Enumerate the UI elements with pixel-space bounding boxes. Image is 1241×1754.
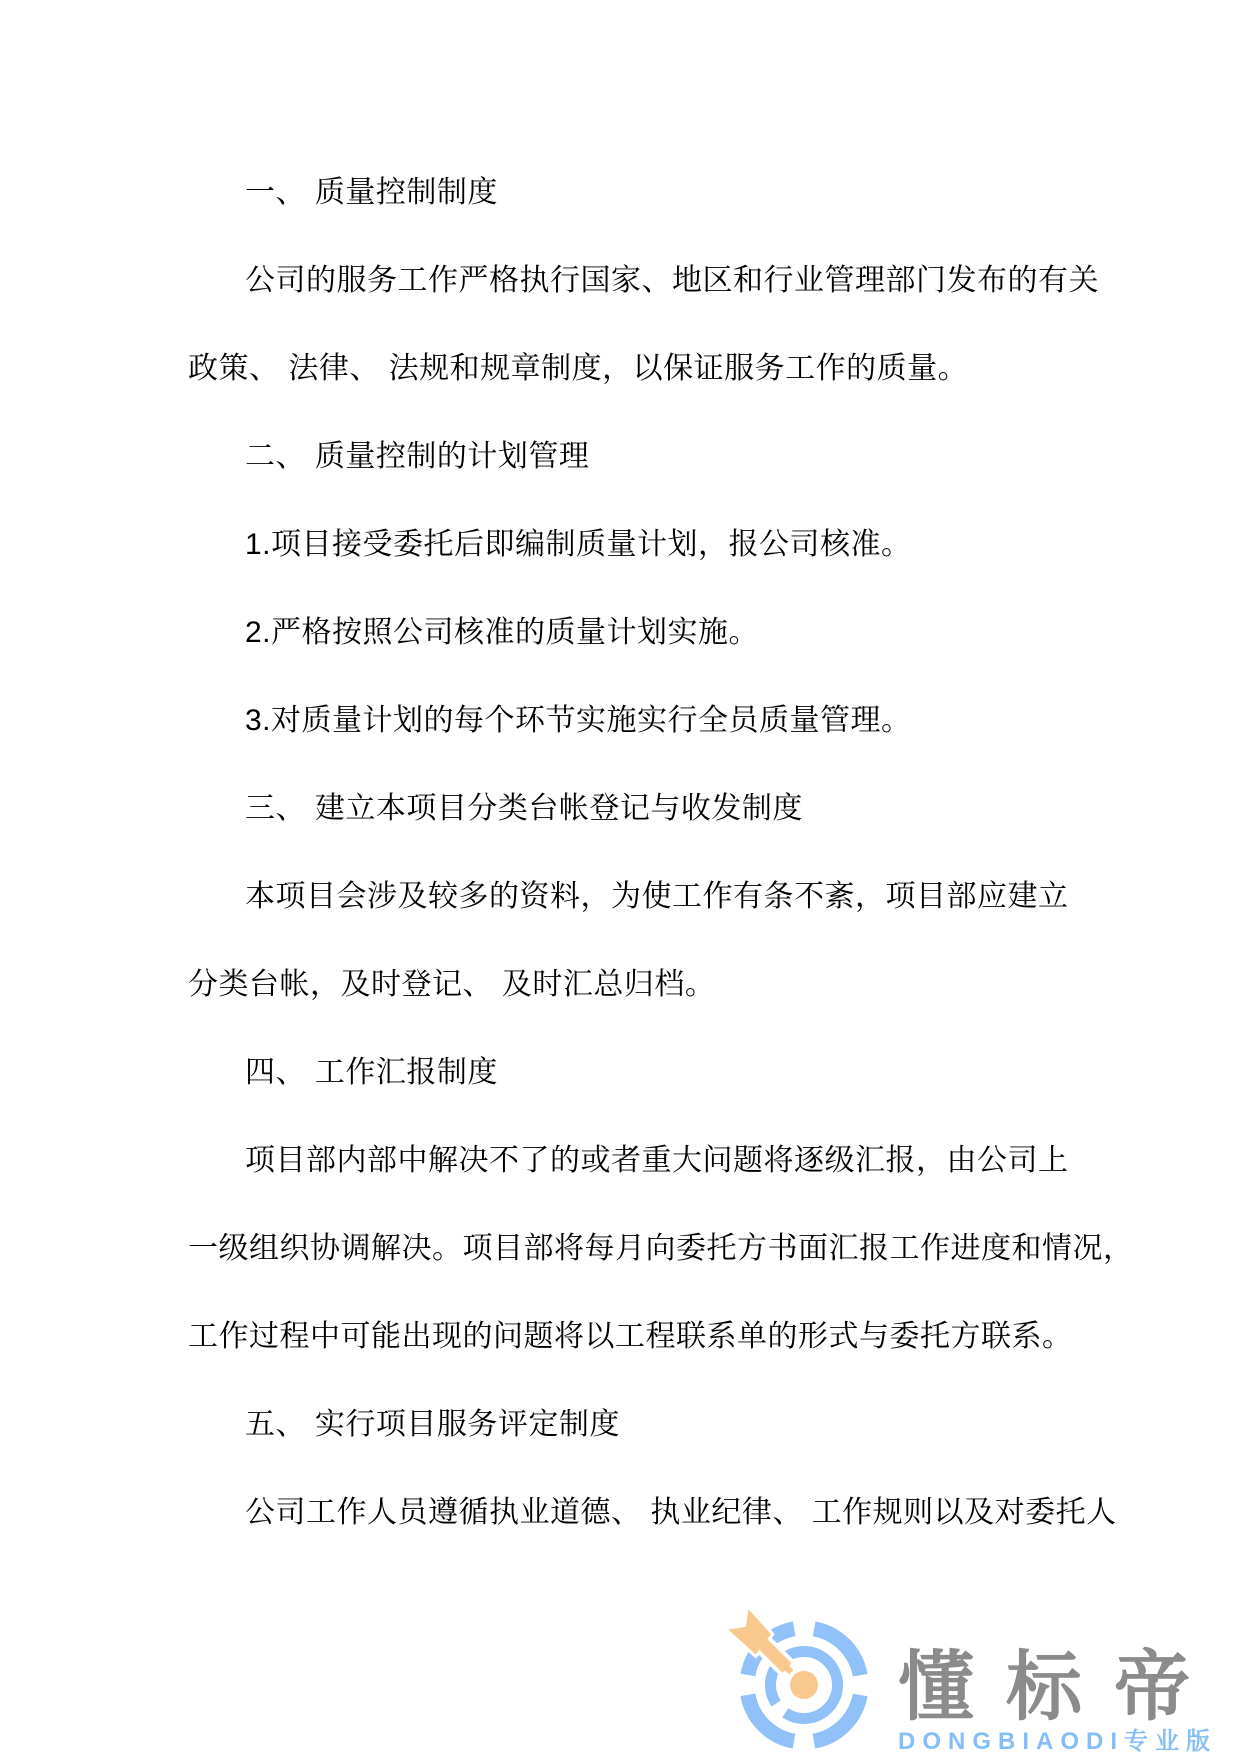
watermark-brand-cn: 懂标帝 [898,1649,1222,1727]
text-line: 三、 建立本项目分类台帐登记与收发制度 [188,765,1198,853]
text-line: 工作过程中可能出现的问题将以工程联系单的形式与委托方联系。 [188,1293,1198,1381]
watermark-text: 懂标帝 DONGBIAODI专业版 [898,1603,1222,1754]
text-line: 一级组织协调解决。项目部将每月向委托方书面汇报工作进度和情况， [188,1205,1198,1293]
text-line: 四、 工作汇报制度 [188,1029,1198,1117]
document-page: 一、 质量控制制度 公司的服务工作严格执行国家、地区和行业管理部门发布的有关 政… [0,0,1241,1754]
text-line: 3.对质量计划的每个环节实施实行全员质量管理。 [188,677,1198,765]
text-line: 本项目会涉及较多的资料，为使工作有条不紊，项目部应建立 [188,853,1198,941]
dart-target-icon [722,1603,872,1753]
text-line: 二、 质量控制的计划管理 [188,413,1198,501]
text-line: 公司工作人员遵循执业道德、 执业纪律、 工作规则以及对委托人 [188,1469,1198,1557]
text-line: 1.项目接受委托后即编制质量计划，报公司核准。 [188,501,1198,589]
text-line: 政策、 法律、 法规和规章制度，以保证服务工作的质量。 [188,325,1198,413]
watermark: 懂标帝 DONGBIAODI专业版 [722,1603,1222,1754]
document-content: 一、 质量控制制度 公司的服务工作严格执行国家、地区和行业管理部门发布的有关 政… [188,149,1198,1557]
text-line: 公司的服务工作严格执行国家、地区和行业管理部门发布的有关 [188,237,1198,325]
watermark-brand-sub: DONGBIAODI专业版 [898,1729,1222,1754]
text-line: 一、 质量控制制度 [188,149,1198,237]
text-line: 项目部内部中解决不了的或者重大问题将逐级汇报，由公司上 [188,1117,1198,1205]
text-line: 五、 实行项目服务评定制度 [188,1381,1198,1469]
text-line: 分类台帐，及时登记、 及时汇总归档。 [188,941,1198,1029]
text-line: 2.严格按照公司核准的质量计划实施。 [188,589,1198,677]
